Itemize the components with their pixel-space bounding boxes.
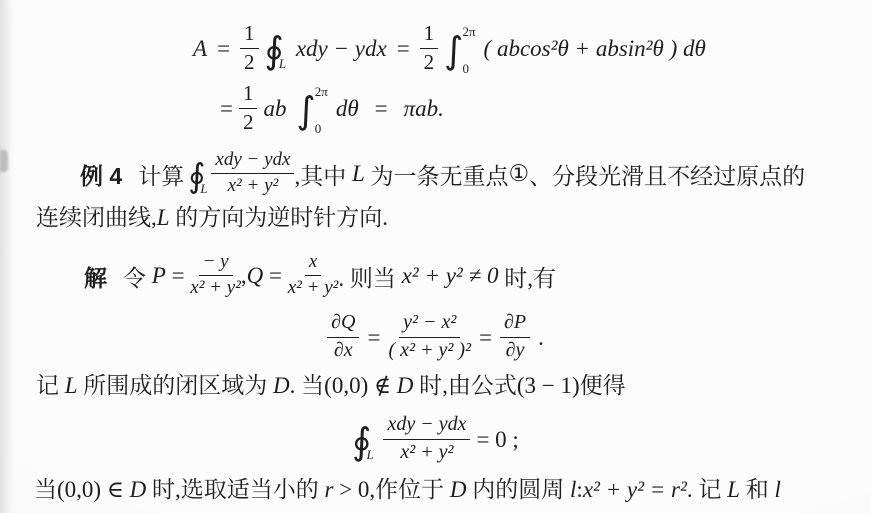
integrand: xdy − ydx — [296, 36, 387, 62]
fraction-one-half: 12 — [239, 81, 258, 135]
numerator: 1 — [239, 81, 258, 109]
solution-text: 时,有 — [498, 260, 556, 293]
var-D: D — [130, 477, 147, 502]
contour-integral: ∮L — [265, 31, 286, 68]
example-text: 、分段光滑且不经过原点的 — [529, 158, 805, 191]
equals-sign: = — [479, 325, 492, 351]
equals-sign: = — [166, 263, 190, 289]
fraction-dP-dy: ∂P∂y — [500, 311, 530, 362]
partial-derivative-equation: ∂Q∂x = y² − x²( x² + y² )² = ∂P∂y . — [0, 308, 871, 368]
upper-limit: 2π — [462, 25, 475, 38]
fraction-middle: y² − x²( x² + y² )² — [388, 311, 471, 362]
example-text: 的方向为逆时针方向. — [170, 205, 389, 230]
var-l: l — [774, 477, 780, 502]
example-text: 连续闭曲线, — [36, 205, 157, 230]
integrand: dθ — [336, 96, 359, 122]
numerator: 1 — [240, 21, 259, 49]
region-paragraph: 记 L 所围成的闭区域为 D. 当(0,0) ∉ D 时,由公式(3 − 1)便… — [0, 372, 871, 400]
example-text: ,其中 — [294, 158, 352, 191]
equals-sign: = — [397, 36, 410, 62]
solution-label: 解 — [84, 260, 107, 293]
var-A: A — [193, 36, 207, 62]
example-label: 例 4 — [80, 158, 122, 191]
denominator: 2 — [244, 49, 255, 75]
contour-integral: ∮L — [188, 158, 207, 191]
fraction-dQ-dx: ∂Q∂x — [327, 311, 359, 362]
area-formula-line-1: A = 12 ∮L xdy − ydx = 12 ∫2π0 ( abcos²θ … — [0, 20, 871, 78]
denominator: 2 — [424, 49, 435, 75]
numerator: x — [305, 251, 321, 276]
integral-subscript-L: L — [279, 56, 281, 72]
integrand: ( abcos²θ + absin²θ ) dθ — [484, 36, 706, 62]
denominator: ∂y — [506, 338, 525, 363]
integral-symbol: ∫ — [444, 32, 463, 69]
numerator: y² − x² — [399, 311, 460, 338]
integral-limits: 2π0 — [462, 22, 475, 77]
fraction-one-half: 12 — [420, 21, 439, 75]
var-ab: ab — [263, 96, 286, 122]
origin-text: 时,选取适当小的 — [146, 477, 324, 502]
condition-expression: x² + y² ≠ 0 — [402, 263, 499, 289]
denominator: x² + y² — [228, 174, 279, 197]
origin-text: 当(0,0) ∈ — [34, 477, 130, 502]
fraction-one-half: 12 — [240, 21, 259, 75]
equals-sign: = — [263, 263, 287, 289]
region-text: 时,由公式(3 − 1)便得 — [413, 373, 625, 398]
denominator: x² + y² — [190, 276, 241, 299]
definite-integral: ∫2π0 — [296, 82, 329, 137]
integrand-fraction: xdy − ydxx² + y² — [383, 413, 470, 464]
period: . — [538, 325, 544, 351]
region-text: . 当(0,0) ∉ — [290, 373, 397, 398]
lower-limit: 0 — [462, 62, 475, 75]
solution-paragraph: 解 令 P = − yx² + y² , Q = xx² + y² . 则当 x… — [0, 248, 871, 304]
fraction-P: − yx² + y² — [190, 251, 241, 300]
var-D: D — [450, 477, 467, 502]
denominator: ∂x — [334, 338, 353, 363]
area-formula-line-2: = 12 ab ∫2π0 dθ = πab. — [0, 85, 871, 133]
origin-text: . 记 — [687, 477, 727, 502]
var-L: L — [727, 477, 740, 502]
fraction-Q: xx² + y² — [288, 251, 339, 300]
numerator: xdy − ydx — [211, 149, 294, 174]
var-L: L — [352, 161, 365, 187]
example-text: 为一条无重点 — [365, 158, 509, 191]
upper-limit: 2π — [315, 85, 328, 98]
equals-sign: = — [220, 96, 233, 122]
denominator: ( x² + y² )² — [388, 338, 471, 363]
definite-integral: ∫2π0 — [444, 22, 477, 77]
lower-limit: 0 — [315, 122, 328, 135]
verb-compute: 计算 — [138, 158, 184, 191]
var-L: L — [65, 373, 78, 398]
numerator: − y — [199, 251, 233, 276]
denominator: x² + y² — [288, 276, 339, 299]
zero-integral-equation: ∮L xdy − ydxx² + y² = 0 ; — [0, 410, 871, 470]
region-text: 所围成的闭区域为 — [78, 373, 274, 398]
integral-symbol: ∫ — [296, 92, 315, 129]
solution-text: . 则当 — [338, 260, 401, 293]
integral-subscript-L: L — [366, 447, 368, 463]
numerator: xdy − ydx — [383, 413, 470, 440]
origin-paragraph: 当(0,0) ∈ D 时,选取适当小的 r > 0,作位于 D 内的圆周 l:x… — [0, 476, 871, 504]
integrand-fraction: xdy − ydxx² + y² — [211, 149, 294, 198]
equals-sign: = — [217, 36, 230, 62]
contour-integral: ∮L — [352, 422, 373, 459]
var-D: D — [273, 373, 290, 398]
integral-limits: 2π0 — [315, 82, 328, 137]
var-D: D — [397, 373, 414, 398]
region-text: 记 — [36, 373, 65, 398]
textbook-page: A = 12 ∮L xdy − ydx = 12 ∫2π0 ( abcos²θ … — [0, 0, 871, 513]
equals-sign: = — [375, 96, 388, 122]
footnote-marker: ① — [509, 161, 530, 187]
solution-text: 令 — [123, 260, 152, 293]
example-4-paragraph: 例 4 计算 ∮L xdy − ydxx² + y² ,其中 L 为一条无重点 … — [0, 147, 871, 201]
var-Q: Q — [247, 263, 264, 289]
numerator: 1 — [420, 21, 439, 49]
denominator: x² + y² — [400, 440, 453, 465]
origin-text: 和 — [740, 477, 775, 502]
numerator: ∂Q — [327, 311, 359, 338]
circle-equation: x² + y² = r² — [583, 477, 687, 502]
origin-text: 内的圆周 — [467, 477, 571, 502]
example-4-paragraph-continued: 连续闭曲线,L 的方向为逆时针方向. — [0, 204, 871, 232]
numerator: ∂P — [500, 311, 530, 338]
denominator: 2 — [243, 109, 254, 135]
var-P: P — [152, 263, 166, 289]
integral-subscript-L: L — [200, 181, 202, 197]
equals-zero: = 0 ; — [476, 427, 518, 453]
equals-sign: = — [367, 325, 380, 351]
result-pi-ab: πab. — [404, 96, 444, 122]
var-L: L — [157, 205, 170, 230]
origin-text: > 0,作位于 — [333, 477, 449, 502]
